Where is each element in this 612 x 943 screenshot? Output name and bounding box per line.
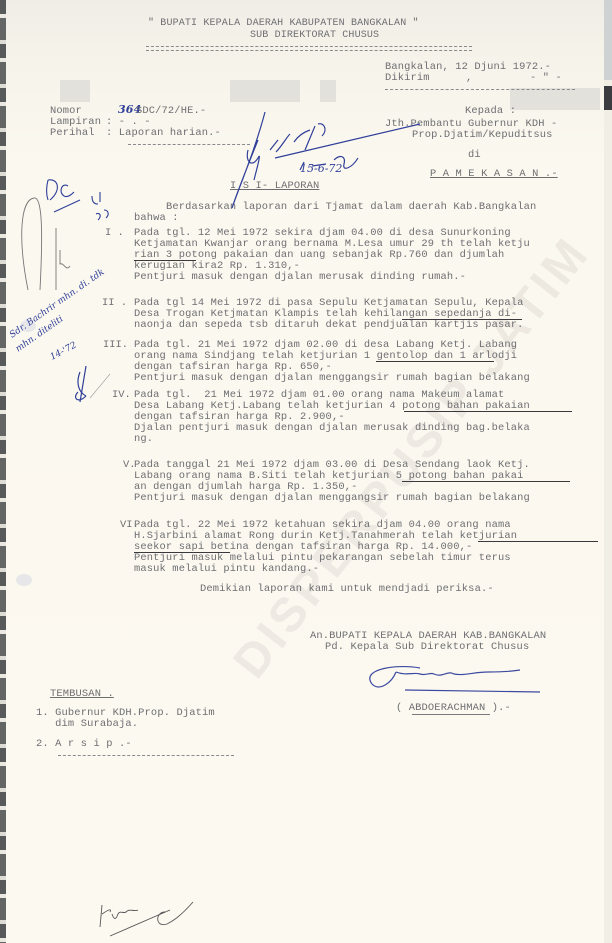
- tembusan-rule: [58, 755, 234, 756]
- recipient-di: di: [468, 150, 481, 161]
- sent-sep: ,: [466, 73, 472, 84]
- pen-underline: [376, 361, 494, 362]
- item-line: Pentjuri masuk dengan djalan merusak din…: [134, 272, 466, 283]
- sent-value: - " -: [530, 73, 562, 84]
- pen-underline: [134, 552, 230, 553]
- scan-smudge: [20, 320, 36, 332]
- report-title: I S I- LAPORAN: [230, 181, 319, 192]
- signatory-underline: [412, 714, 490, 715]
- pen-underline: [478, 541, 598, 542]
- perihal-label: Perihal: [50, 128, 95, 139]
- scan-smudge: [16, 574, 32, 586]
- item-line: Pentjuri masuk dengan djalan menggangsir…: [134, 373, 530, 384]
- date-rule: [385, 89, 575, 90]
- recipient-line2: Prop.Djatim/Kepuditsus: [412, 130, 552, 141]
- closing-line: Demikian laporan kami untuk mendjadi per…: [200, 584, 494, 595]
- pen-underline: [402, 481, 570, 482]
- item-number: II .: [102, 298, 127, 309]
- pen-underline: [134, 260, 196, 261]
- item-line: ng.: [134, 434, 153, 445]
- letterhead-line1: " BUPATI KEPALA DAERAH KABUPATEN BANGKAL…: [148, 18, 419, 29]
- item-line: naonja dan sepeda tsb ditaruh dekat pend…: [134, 320, 524, 331]
- intro-line2: bahwa :: [134, 213, 179, 224]
- recipient-city: P A M E K A S A N .-: [430, 169, 558, 180]
- signature-line2: Pd. Kepala Sub Direktorat Chusus: [325, 642, 529, 653]
- tembusan-item-2: 2. A r s i p .-: [36, 739, 132, 750]
- letterhead-line2: SUB DIREKTORAT CHUSUS: [250, 30, 379, 41]
- item-number: III.: [103, 340, 128, 351]
- item-number: I .: [105, 228, 124, 239]
- pen-underline: [402, 319, 522, 320]
- letterhead-divider: [146, 46, 472, 51]
- item-line: Djalan pentjuri masuk dengan djalan meru…: [134, 423, 530, 434]
- item-number: IV.: [112, 390, 131, 401]
- tembusan-item-1b: dim Surabaja.: [36, 719, 138, 730]
- signatory-name: ( ABDOERACHMAN ).-: [396, 703, 511, 714]
- pen-underline: [404, 411, 572, 412]
- tembusan-label: TEMBUSAN .: [50, 689, 114, 700]
- tape-mark: [60, 80, 90, 102]
- kepada-label: Kepada :: [465, 106, 516, 117]
- item-line: masuk melalui pintu kandang.-: [134, 564, 319, 575]
- intro-line1: Berdasarkan laporan dari Tjamat dalam da…: [166, 202, 536, 213]
- scan-edge-left: [0, 0, 6, 943]
- perihal-value: : Laporan harian.-: [106, 128, 221, 139]
- tape-mark: [320, 80, 336, 102]
- sent-label: Dikirim: [385, 73, 430, 84]
- tape-mark: [510, 88, 600, 110]
- scan-edge-right: [604, 0, 612, 943]
- tape-mark: [230, 80, 300, 102]
- perihal-rule: [128, 144, 250, 145]
- item-line: Pentjuri masuk dengan djalan menggangsir…: [134, 493, 530, 504]
